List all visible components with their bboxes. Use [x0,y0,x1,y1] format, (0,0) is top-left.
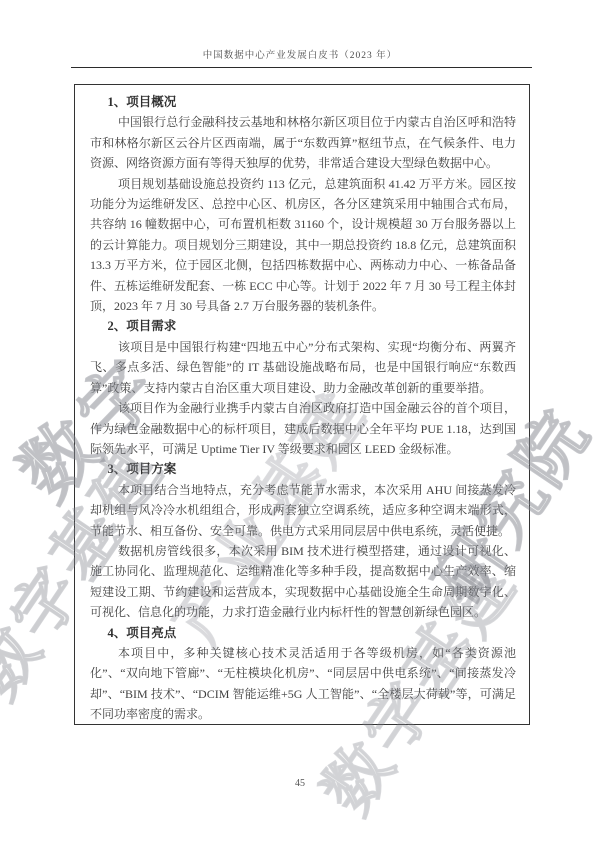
paragraph-requirements-2: 该项目作为金融行业携手内蒙古自治区政府打造中国金融云谷的首个项目，作为绿色金融数… [90,398,516,459]
paragraph-solution-1: 本项目结合当地特点，充分考虑节能节水需求，本次采用 AHU 间接蒸发冷却机组与风… [90,480,516,541]
header-rule [71,67,532,68]
page-number: 45 [0,778,600,789]
paragraph-highlights-1: 本项目中，多种关键核心技术灵活适用于各等级机房，如“各类资源池化”、“双向地下管… [90,643,516,725]
paragraph-overview-2: 项目规划基础设施总投资约 113 亿元，总建筑面积 41.42 万平方米。园区按… [90,174,516,317]
section-title-overview: 1、项目概况 [90,92,516,112]
section-title-solution: 3、项目方案 [90,459,516,479]
content-box: 1、项目概况 中国银行总行金融科技云基地和林格尔新区项目位于内蒙古自治区呼和浩特… [74,84,530,725]
section-title-requirements: 2、项目需求 [90,316,516,336]
document-page: 中国数据中心产业发展白皮书（2023 年） 1、项目概况 中国银行总行金融科技云… [0,0,600,848]
paragraph-requirements-1: 该项目是中国银行构建“四地五中心”分布式架构、实现“均衡分布、两翼齐飞、多点多活… [90,337,516,398]
running-header-title: 中国数据中心产业发展白皮书（2023 年） [0,47,600,61]
paragraph-solution-2: 数据机房管线很多，本次采用 BIM 技术进行模型搭建，通过设计可视化、施工协同化… [90,541,516,623]
section-title-highlights: 4、项目亮点 [90,623,516,643]
paragraph-overview-1: 中国银行总行金融科技云基地和林格尔新区项目位于内蒙古自治区呼和浩特市和林格尔新区… [90,112,516,173]
